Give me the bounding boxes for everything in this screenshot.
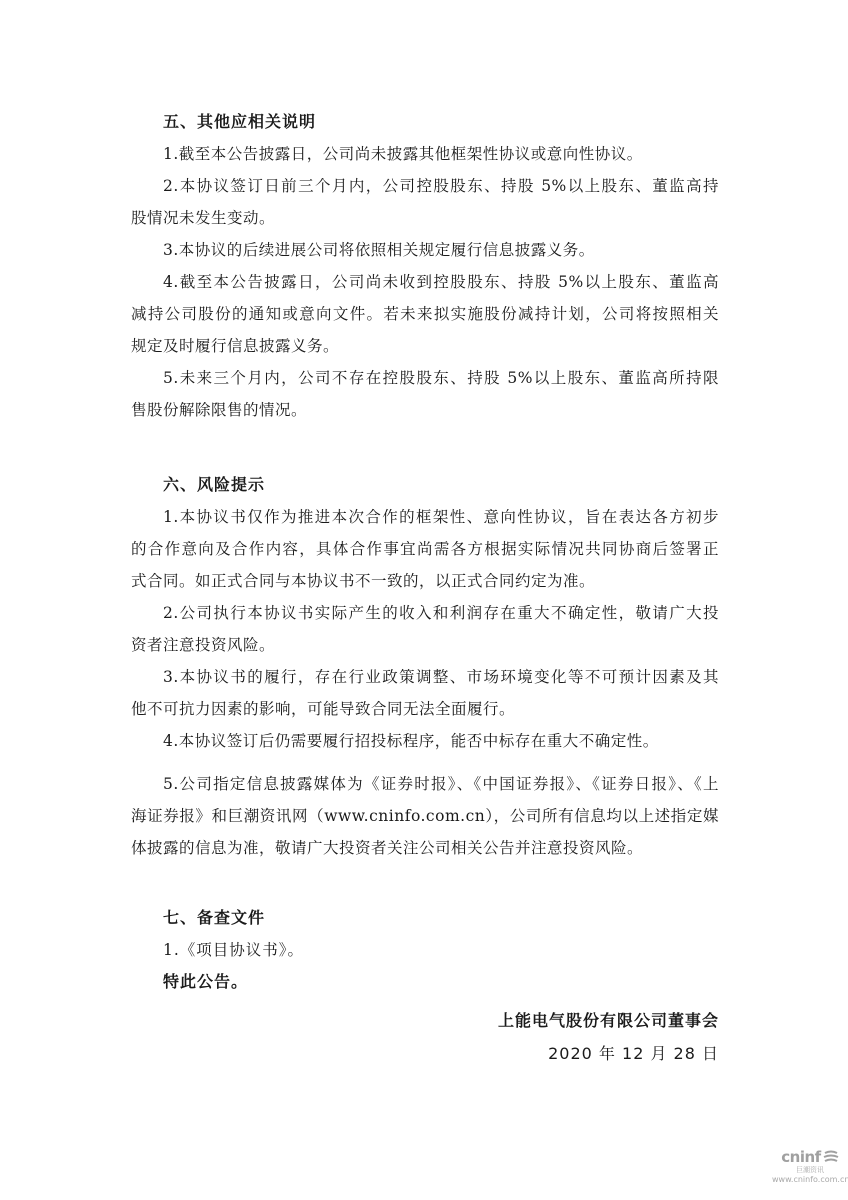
watermark-chinese: 巨潮资讯: [772, 1166, 848, 1175]
section-heading-6: 六、风险提示: [163, 473, 265, 497]
paragraph-line: 他不可抗力因素的影响，可能导致合同无法全面履行。: [131, 697, 719, 721]
paragraph-line: 1.截至本公告披露日，公司尚未披露其他框架性协议或意向性协议。: [163, 142, 719, 166]
paragraph-line: 股情况未发生变动。: [131, 206, 719, 230]
paragraph-line: 海证券报》和巨潮资讯网（www.cninfo.com.cn），公司所有信息均以上…: [131, 804, 719, 828]
paragraph-line: 资者注意投资风险。: [131, 633, 719, 657]
paragraph-line: 4.本协议签订后仍需要履行招投标程序，能否中标存在重大不确定性。: [163, 729, 719, 753]
reference-document-item: 1.《项目协议书》。: [163, 938, 304, 962]
watermark-logo: cninf: [772, 1148, 848, 1166]
paragraph-line: 的合作意向及合作内容，具体合作事宜尚需各方根据实际情况共同协商后签署正: [131, 537, 719, 561]
signature-organization: 上能电气股份有限公司董事会: [498, 1009, 719, 1033]
paragraph-line: 式合同。如正式合同与本协议书不一致的，以正式合同约定为准。: [131, 569, 719, 593]
paragraph-line: 2.公司执行本协议书实际产生的收入和利润存在重大不确定性，敬请广大投: [163, 601, 719, 625]
watermark-logo-text: cninf: [781, 1148, 820, 1166]
paragraph-line: 3.本协议书的履行，存在行业政策调整、市场环境变化等不可预计因素及其: [163, 665, 719, 689]
paragraph-line: 3.本协议的后续进展公司将依照相关规定履行信息披露义务。: [163, 238, 719, 262]
section-heading-7: 七、备查文件: [163, 906, 265, 930]
closing-statement: 特此公告。: [163, 970, 248, 994]
cninfo-logo-icon: [823, 1150, 839, 1164]
paragraph-line: 1.本协议书仅作为推进本次合作的框架性、意向性协议，旨在表达各方初步: [163, 505, 719, 529]
paragraph-line: 售股份解除限售的情况。: [131, 398, 719, 422]
paragraph-line: 规定及时履行信息披露义务。: [131, 334, 719, 358]
cninfo-watermark: cninf 巨潮资讯 www.cninfo.com.cn: [772, 1148, 848, 1185]
watermark-url: www.cninfo.com.cn: [772, 1175, 848, 1185]
paragraph-line: 5.公司指定信息披露媒体为《证券时报》、《中国证券报》、《证券日报》、《上: [163, 772, 719, 796]
paragraph-line: 减持公司股份的通知或意向文件。若未来拟实施股份减持计划，公司将按照相关: [131, 302, 719, 326]
paragraph-line: 5.未来三个月内，公司不存在控股股东、持股 5%以上股东、董监高所持限: [163, 366, 719, 390]
paragraph-line: 2.本协议签订日前三个月内，公司控股股东、持股 5%以上股东、董监高持: [163, 174, 719, 198]
section-heading-5: 五、其他应相关说明: [163, 110, 316, 134]
signature-date: 2020 年 12 月 28 日: [548, 1042, 719, 1066]
paragraph-line: 4.截至本公告披露日，公司尚未收到控股股东、持股 5%以上股东、董监高: [163, 270, 719, 294]
paragraph-line: 体披露的信息为准，敬请广大投资者关注公司相关公告并注意投资风险。: [131, 836, 719, 860]
